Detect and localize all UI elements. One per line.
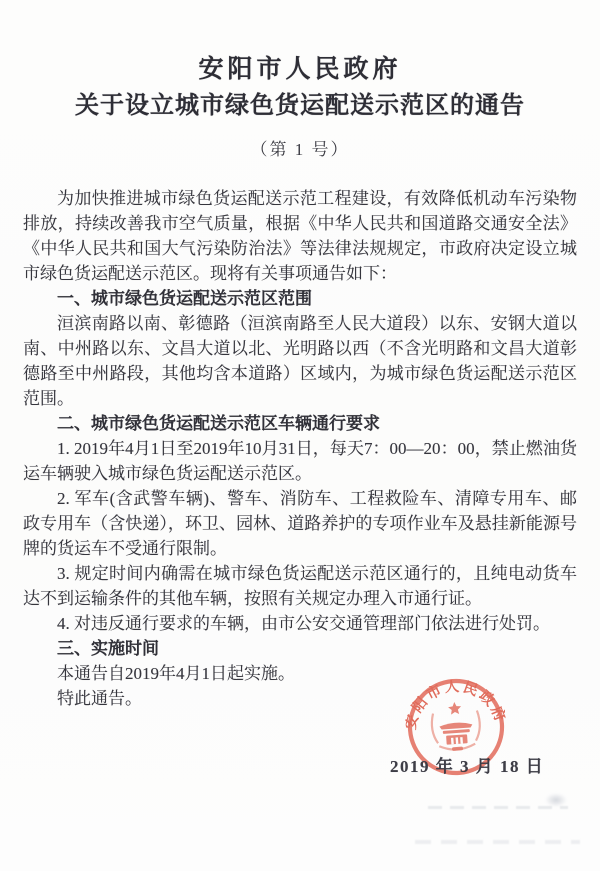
section-1-heading: 一、城市绿色货运配送示范区范围 <box>23 286 577 311</box>
scanned-notice-page: 安阳市人民政府 关于设立城市绿色货运配送示范区的通告 （第 1 号） 为加快推进… <box>0 0 600 871</box>
section-1-body: 洹滨南路以南、彰德路（洹滨南路至人民大道段）以东、安钢大道以南、中州路以东、文昌… <box>23 311 577 411</box>
document-title-authority: 安阳市人民政府 <box>0 0 600 85</box>
scan-artifact-line <box>428 806 568 809</box>
signature-block: 安阳市人民政府 2019 年 3 月 18 日 <box>396 672 566 787</box>
national-emblem-icon <box>438 701 474 752</box>
rule-item-1: 1. 2019年4月1日至2019年10月31日，每天7：00—20：00，禁止… <box>23 436 577 486</box>
rule-item-4: 4. 对违反通行要求的车辆，由市公安交通管理部门依法进行处罚。 <box>23 611 577 636</box>
issue-date: 2019 年 3 月 18 日 <box>390 752 550 777</box>
intro-paragraph: 为加快推进城市绿色货运配送示范工程建设，有效降低机动车污染物排放，持续改善我市空… <box>23 186 577 286</box>
rule-item-3: 3. 规定时间内确需在城市绿色货运配送示范区通行的，且纯电动货车达不到运输条件的… <box>23 561 577 611</box>
document-title-subject: 关于设立城市绿色货运配送示范区的通告 <box>0 91 600 121</box>
rule-item-2: 2. 军车(含武警车辆)、警车、消防车、工程救险车、清障专用车、邮政专用车（含快… <box>23 486 577 561</box>
document-number: （第 1 号） <box>0 135 600 160</box>
section-2-heading: 二、城市绿色货运配送示范区车辆通行要求 <box>23 411 577 436</box>
scan-artifact-line <box>415 840 580 844</box>
scan-artifact-smudge <box>545 793 567 807</box>
document-body: 为加快推进城市绿色货运配送示范工程建设，有效降低机动车污染物排放，持续改善我市空… <box>23 186 577 711</box>
section-3-heading: 三、实施时间 <box>23 636 577 661</box>
